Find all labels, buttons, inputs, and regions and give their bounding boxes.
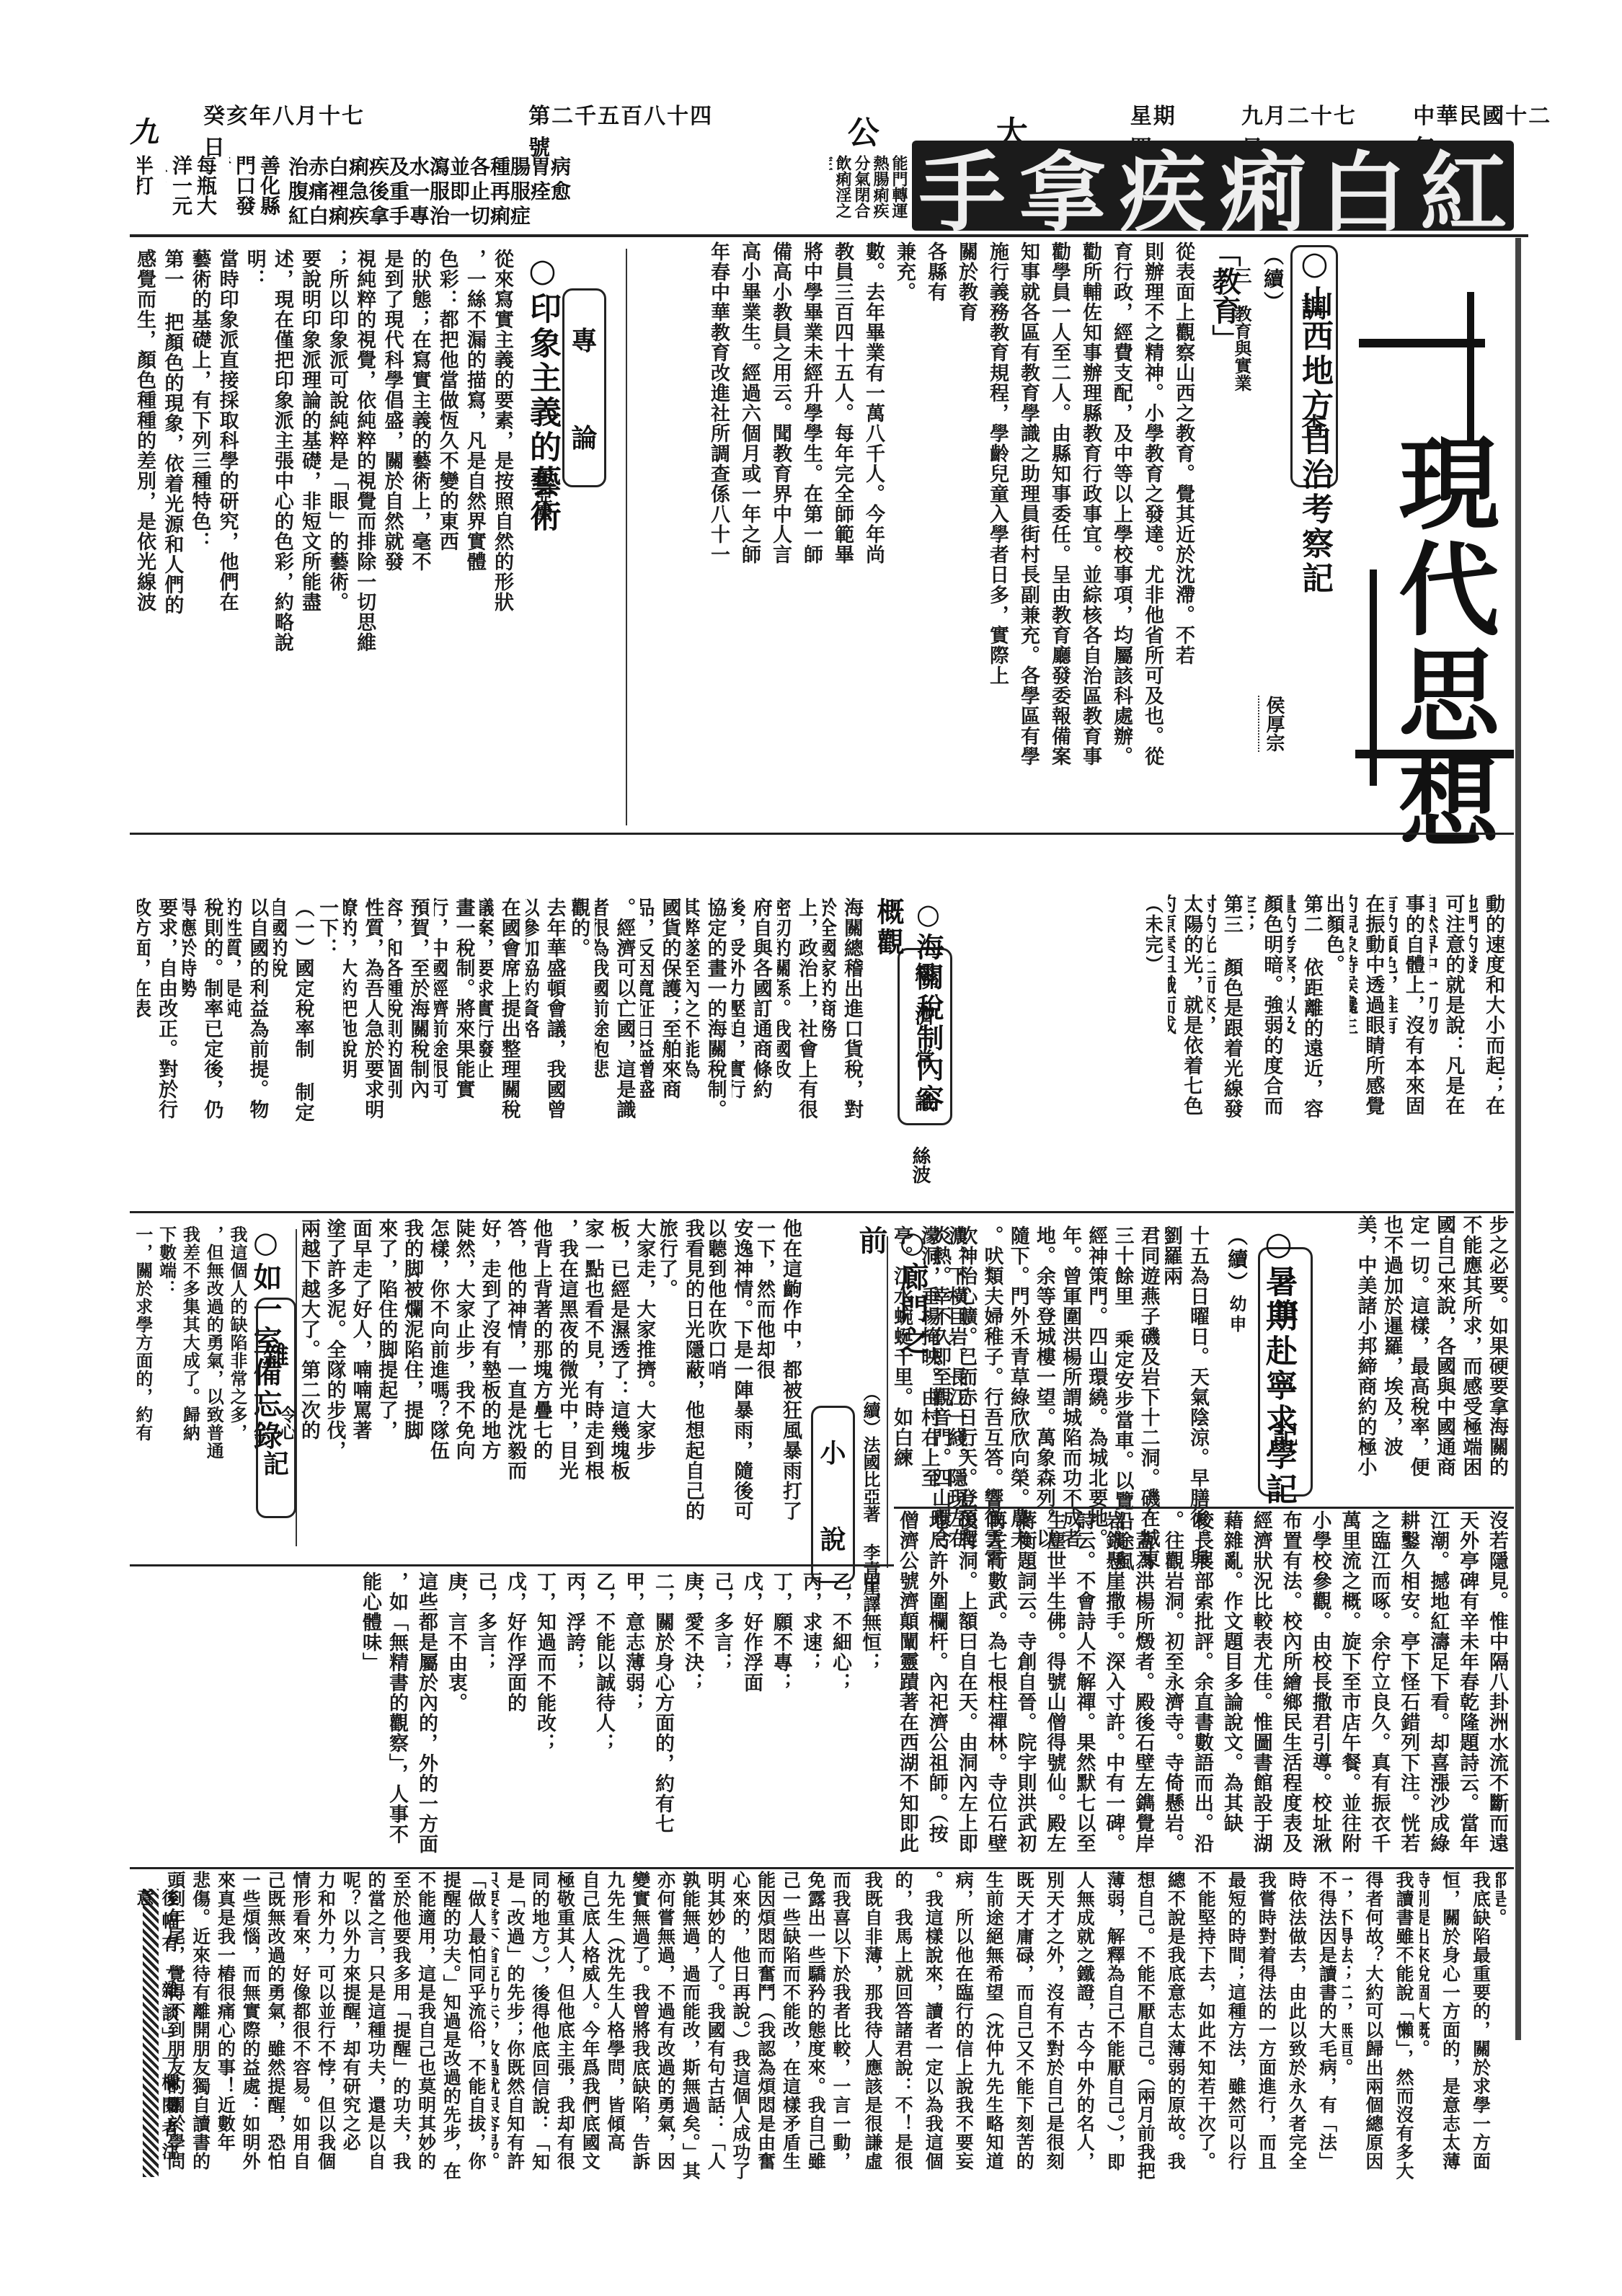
section-label: 論 <box>571 418 597 455</box>
section-label: 記 <box>263 1444 289 1481</box>
text-column: 孰能無過，過而能改，斯無過矣。」其實 <box>681 1871 704 2181</box>
text-column: 我差不多集其大成了。歸納 <box>181 1225 202 1528</box>
list-item: 庚，愛不決； <box>679 1572 706 1860</box>
title-char: 代 <box>1399 538 1499 644</box>
customs-continuation: 步之必要。如果硬要拿海關的稅率來應用，勢 不能應其所求，而感受極端困難。再設令就… <box>1355 1215 1510 1489</box>
bullet-circle-icon: ○ <box>524 252 561 292</box>
text-column: 之臨江而啄。余佇立良久。真有振衣千仞岡濯 <box>1365 1510 1392 1856</box>
text-column: 第二 依距離的遠近，容量的考察，以及 <box>1288 894 1325 1125</box>
article-body-novel: 他在這齣作中，都被狂風暴雨打了一下，然而他却很 安逸神情。下是一陣暴雨，隨後可以… <box>299 1218 804 1521</box>
text-column: 校長展部索批評。余直書數語而出。沿江西 <box>1189 1510 1215 1856</box>
title-char: 思 <box>1399 644 1499 750</box>
text-column: 都是。 <box>1496 1871 1510 2181</box>
lunar-date: 癸亥年八月十七日 <box>203 98 384 161</box>
ad-char: 手 <box>919 124 1006 248</box>
article-body-customs: 海關總稽出進口貨稅，對於全國家的商務 上，政治上，社會上有很密切的關係。我國政 … <box>137 897 865 1128</box>
text-column: 觀的。 <box>571 897 593 1128</box>
text-column: 。蓋為洪楊所燬者。殿後石壁左鐫覺岸二 <box>1130 1510 1156 1856</box>
text-column: 想自己。不能不厭自己。（兩月前我把意志 <box>1130 1871 1158 2181</box>
text-column: 病，所以他在臨行的信上說我不要妄自非薄 <box>949 1871 977 2181</box>
text-column: 要求，自由改正。對於行政方面，在表 <box>137 897 180 1128</box>
text-column: 知事就各區有教育學識之助理員街村長副兼充。各學區有學 <box>1015 241 1042 833</box>
text-column: （未完） <box>1146 894 1165 1125</box>
text-column: 變實無過了。我曾將我底缺陷，告訴過 <box>631 1871 654 2181</box>
text-column: 勸學員一人至二人。由縣知事委任。呈由教育廳發委報備案 <box>1046 241 1073 833</box>
text-column: 可注意的就是說：凡是在自然界中一切物 <box>1430 894 1467 1125</box>
text-column: 時依法做去，由此以致於永久者完全是無恒 <box>1282 1871 1310 2181</box>
section-box-novel: 小 說 <box>811 1406 855 1583</box>
text-column: ；所以印象派可說純粹是「眼」的藝術。 <box>326 249 350 825</box>
list-item: 這些都是屬於內的，外的一方面 <box>413 1572 440 1860</box>
text-column: 明其妙的人了。我國有句古話：「人非聖賢 <box>706 1871 729 2181</box>
text-column: 人無成就之鐵證，古今中外的名人，除少數 <box>1070 1871 1098 2181</box>
text-column: 國自己來說，各國與中國通商莫不訂有條約協 <box>1435 1215 1458 1489</box>
text-column: 大家走，大家推擠。大家步 <box>634 1218 657 1521</box>
text-column: 安逸神情。下是一陣暴雨，隨後可以聽到他在吹口哨 <box>709 1218 755 1521</box>
text-column: 一下： <box>319 897 341 1128</box>
text-column: 悲傷。近來待有離開朋友獨自讀書的念頭 <box>191 1871 214 2181</box>
continued-marker: （續） <box>860 1384 881 1436</box>
text-column: 性質，為吾人急於要求明瞭的，大約把他說明 <box>343 897 386 1128</box>
text-column: 沒若隱見。惟中隔八卦洲水流不斷而遠江縣 <box>1484 1510 1510 1856</box>
article-body-memo: 我這個人的缺陷非常之多， ，但無改過的勇氣，以致普通 我差不多集其大成了。歸納 … <box>133 1225 249 1528</box>
section-label: 小 <box>820 1433 846 1470</box>
text-column: 兼充。 <box>891 241 918 833</box>
text-column: 生前途絕無希望（沈仲九先生略知道我這種 <box>979 1871 1007 2181</box>
text-column: ，我在這黑夜的微光中，目光 <box>557 1218 580 1521</box>
lead-bracket-survey: 「教育」 <box>1204 238 1245 353</box>
article-body-summer-3: 沒若隱見。惟中隔八卦洲水流不斷而遠江縣 天外亭碑有辛未年春乾隆題詩云。當年開設 … <box>894 1510 1510 1856</box>
text-column: 得者何故？大約可以歸出兩個總原因來： <box>1359 1871 1387 2181</box>
title-cross-horizontal-bottom <box>1355 750 1514 758</box>
text-column: 在振動中透過眼睛所感覺的現象時候纔生 <box>1350 894 1387 1125</box>
text-column: 當時印象派直接採取科學的研究，他們在 <box>216 249 240 825</box>
text-column: 僧濟公號濟顛闡靈蹟著在西湖不知即此濟 <box>894 1510 921 1856</box>
issue-number: 第二千五百八十四號 <box>528 98 732 161</box>
section-label: 專 <box>571 321 597 358</box>
ad-copy-line: 治赤白痢疾及水瀉並各種腸胃病 <box>288 155 901 179</box>
text-column: 國貨的保護；至舶來商品，反因寬征日益增盛 <box>640 897 683 1128</box>
text-column: 不能堅持下去，如此不知若干次了。因此我 <box>1191 1871 1219 2181</box>
ad-copy-line: 腹痛裡急後重一服即止再服痊愈 <box>288 179 901 204</box>
text-column: 步之必要。如果硬要拿海關的稅率來應用，勢 <box>1487 1215 1511 1489</box>
text-column: 亦何嘗無過，不過有改過的勇氣，因而有過 <box>656 1871 679 2181</box>
ad-banner-headline: 紅 白 痢 疾 拿 手 <box>912 141 1514 231</box>
text-column: 我的脚被爛泥陷住，提脚 <box>402 1218 425 1521</box>
text-column: 兩越下越大了。第二次的 <box>299 1218 322 1521</box>
text-column: 後有洞。上額曰自在天。由洞內左上即至 <box>953 1510 980 1856</box>
column-divider <box>626 249 627 825</box>
divider <box>130 1867 1514 1869</box>
ad-char: 白 <box>1320 124 1406 248</box>
ad-copy: 治赤白痢疾及水瀉並各種腸胃病 腹痛裡急後重一服即止再服痊愈 紅白痢疾拿手專治一切… <box>288 155 901 231</box>
text-column: 怎樣，你不向前進嗎？隊伍 <box>428 1218 451 1521</box>
text-column: 預賀，至於海關稅制內容，和各種稅則的個別 <box>389 897 431 1128</box>
text-column: 勸所輔佐知事辦理縣教育行政事宜。並綜核各自治區教育事 <box>1077 241 1104 833</box>
text-column: 特別提出來說個大概。 <box>1419 1871 1434 2181</box>
text-column: 關於教育 <box>953 241 980 833</box>
divider <box>130 234 1528 237</box>
article-title: 山西地方自治考察記 <box>1296 285 1333 596</box>
title-cross-vertical-top <box>1467 292 1474 443</box>
footer-notice: 後幅有「雜談」一欄閱者注意 <box>131 1889 182 2177</box>
text-column: 能因煩悶而奮鬥（我認為煩悶是由奮鬥，這 <box>756 1871 779 2181</box>
divider <box>894 1507 1514 1509</box>
section-box-essay: 專 論 <box>562 288 606 487</box>
bullet-circle-icon: ○ <box>895 1225 929 1262</box>
text-column: 「做人最怕同乎流俗，不能自拔，你該 <box>466 1871 489 2181</box>
text-column: 塗了許多泥。全隊的步伐， <box>325 1218 348 1521</box>
text-column: 不得法因是讀書的大毛病，有「法」而不能 <box>1312 1871 1340 2181</box>
text-column: 同的地方。），後得他底回信說：「知過 <box>531 1871 554 2181</box>
text-column: 第一 把顏色的現象，依着光源和人們的 <box>161 249 185 825</box>
text-column: 事的自體上，沒有本來固有的顏色，唯有 <box>1389 894 1427 1125</box>
list-item: 二，關於身心方面的，約有七 <box>650 1572 676 1860</box>
text-column: 情形看來，好像都很不容易。如用自力呢 <box>291 1871 314 2181</box>
text-column: 是「改過」的先步；你既然自知有許多缺陷 <box>505 1871 528 2181</box>
list-item: 丁，願不專； <box>768 1572 794 1860</box>
text-column: 提醒的功夫。」知過是改過的先步，在我 <box>442 1871 465 2181</box>
ad-copy-line: 紅白痢疾拿手專治一切痢症 <box>288 204 901 229</box>
text-column: 是到了現代科學倡盛，關於自然就發 <box>381 249 405 825</box>
ad-price-line: 善化縣門口發行 <box>229 155 281 227</box>
author-summer: 幼申 <box>1226 1295 1247 1335</box>
text-column: 藉雜亂。作文題目多論說文。為其缺點。適 <box>1218 1510 1245 1856</box>
text-column: 施行義務教育規程，學齡兒童入學者日多，實際上 <box>984 241 1011 833</box>
article-title-novel: ○廊門之前 <box>851 1225 933 1370</box>
text-column: 詩云。不會詩人不解禪。果然默七以至天 <box>1071 1510 1097 1856</box>
text-column: 則辦理不之精神。小學教育之發達。尤非他省所可及也。從 <box>1139 241 1166 833</box>
continued-marker: （續） <box>1261 245 1285 314</box>
text-column: 。經濟可以亡國，這是識者很為我國前途抱悲 <box>595 897 637 1128</box>
text-column: 天外亭碑有辛未年春乾隆題詩云。當年開設 <box>1454 1510 1481 1856</box>
title-cross-horizontal-top <box>1359 339 1485 347</box>
page-right-border <box>1515 238 1521 2040</box>
article-body-impressionism-cont: 動的速度和大小而起；在他們的發 可注意的就是說：凡是在自然界中一切物 事的自體上… <box>1146 894 1507 1125</box>
text-column: 從來寫實主義的要素，是按照自然的形狀 <box>491 249 515 825</box>
memo-body-bottom-right: 都是。 我底缺陷最重要的，關於求學一方面的是無 恒，關於身心一方面的，是意志太薄… <box>858 1871 1510 2181</box>
text-column: 明： <box>244 249 268 825</box>
text-column: 以自國的利益為前提。物的性質，是純 <box>228 897 270 1128</box>
text-column: 地尺許外圍欄杆。內祀濟公祖師。（按宋 <box>923 1510 950 1856</box>
text-column: 的狀態；在寫實主義的藝術上，毫不 <box>408 249 433 825</box>
newspaper-name-left: 公 <box>848 107 881 153</box>
text-column: 恒，關於身心一方面的，是意志太薄弱。應該 <box>1435 1871 1463 2181</box>
bullet-circle-icon: ○ <box>1260 1225 1297 1265</box>
text-column: 的，我馬上就回答諸君說：不！是很糊塗的 <box>888 1871 916 2181</box>
text-column: 我讀書雖不能說「懶」，然而沒有多大的心 <box>1389 1871 1417 2181</box>
text-column: 別天才之外，沒有不對於自己是很刻苦的； <box>1040 1871 1068 2181</box>
text-column: 去年華盛頓會議，我國曾以參加協約資格 <box>526 897 568 1128</box>
list-item: 丙，浮誇； <box>561 1572 588 1860</box>
text-column: 。往觀岩洞。初至永濟寺。寺倚懸岩。己就 <box>1159 1510 1186 1856</box>
text-column: 下數端： <box>157 1225 178 1528</box>
page-number: 九 <box>130 110 160 151</box>
text-column: 極敬重其人，但他底主張，我却有很多不明 <box>556 1871 579 2181</box>
text-column: 生塵世半生佛。得號山僧得號仙。殿左壁 <box>1042 1510 1068 1856</box>
ad-char: 紅 <box>1420 124 1507 248</box>
text-column: 既天才庸碌，而自己又不能下刻苦的功夫， <box>1009 1871 1037 2181</box>
text-column: 我這個人的缺陷非常之多， <box>228 1225 249 1528</box>
article-title-customs: ○海關稅制內容概觀 <box>869 897 948 1135</box>
text-column: 藝術的基礎上，有下列三種特色： <box>188 249 213 825</box>
text-column: ，但無改過的勇氣，以致普通 <box>204 1225 225 1528</box>
ad-char: 拿 <box>1019 124 1106 248</box>
text-column: 呢？以外力來提醒，却有研究之必要。本 <box>341 1871 364 2181</box>
text-column: 我底缺陷最重要的，關於求學一方面的是無 <box>1466 1871 1494 2181</box>
text-column: 。我這樣說來，讀者一定以為我這個人很頹 <box>918 1871 947 2181</box>
text-column: 他背上背著的那塊方疊七的 <box>531 1218 554 1521</box>
text-column: 自己底人格威人。今年爲我們底國文教員， <box>580 1871 603 2181</box>
text-column: 要說明印象派理論的基礎，非短文所能盡 <box>298 249 323 825</box>
text-column: 小學校參觀。由校長撒君引導。校址湫隘無 <box>1307 1510 1334 1856</box>
text-column: 顏色明暗。強弱的度合而定； <box>1248 894 1285 1125</box>
text-column: 總不說是我底意志太薄弱的原故。我嘗自己 <box>1161 1871 1189 2181</box>
text-column: 感覺而生，顏色種種的差別，是依光線波 <box>133 249 158 825</box>
text-column: 畫一稅制。將來果能實行，中國經濟前途很可 <box>434 897 477 1128</box>
ad-copy-side: 能門轉運熱腸痢疾分氣閉合飲痢淫之症 <box>829 155 908 231</box>
text-column: 己既無改過的勇氣，雖然提醒，恐怕流於 <box>266 1871 289 2181</box>
text-column: 美，中美諸小邦締商約的極小範圍。豈不得不 <box>1355 1215 1379 1489</box>
list-item: 丙，求速； <box>797 1572 824 1860</box>
text-column: 己一些缺陷而不能改，在這樣矛盾生活中不 <box>781 1871 805 2181</box>
list-item: 戊，好作浮面的 <box>502 1572 528 1860</box>
list-item: 己，多言； <box>709 1572 735 1860</box>
ad-price-line: 每瓶大洋一元二角 <box>166 155 218 227</box>
text-column: 第三 顏色是跟着光線發射的光上而來， <box>1207 894 1245 1125</box>
text-column: 陡然，大家止步，我不免向 <box>454 1218 477 1521</box>
text-column: 定一切。這樣，最高稅率，便無所應用，最多 <box>1408 1215 1432 1489</box>
text-column: 不能適用，這是我自己也莫明其妙的一件 <box>417 1871 440 2181</box>
section-label: 說 <box>820 1520 846 1556</box>
text-column: 力和外力，可以並行不悖，但以我個人的 <box>316 1871 340 2181</box>
list-item: ，如「無精書的觀察」，人事不能心體味」 <box>357 1572 410 1860</box>
text-column: 府自與各國訂通商條約後，受外力壓迫，實行 <box>732 897 774 1128</box>
text-column: 板，已經是濕透了：這幾塊板 <box>609 1218 632 1521</box>
list-item: 己，多言； <box>472 1572 499 1860</box>
text-column: 心來的，他日再說。）我這個人成功了一個 <box>731 1871 754 2181</box>
text-column: 來了，陷住的脚提起了， <box>376 1218 399 1521</box>
section-box-misc: 雜 記 <box>256 1298 296 1518</box>
text-column: ，一絲不漏的描寫，凡是自然界實體 <box>464 249 488 825</box>
text-column: 再左行數武。為七根柱禪林。寺位石壁下 <box>983 1510 1009 1856</box>
text-column: 布置有法。校內所繪鄉民生活程度表及家庭 <box>1277 1510 1304 1856</box>
author-customs: 絲波 <box>907 1146 934 1184</box>
section-label: 雜 <box>263 1336 289 1373</box>
text-column: 岩鐫懸崖撒手。深入寸許。中有一碑。乾 <box>1100 1510 1127 1856</box>
text-column: 太陽的光，就是依着七色的原素組織而成 <box>1168 894 1205 1125</box>
article-title: 暑期赴寧求學記 <box>1260 1265 1297 1507</box>
text-column: 至於他要我多用「提醒」的功夫，我却認 <box>391 1871 415 2181</box>
text-column: 在國會席上提出整理關稅議案，要求實行廢止 <box>479 897 522 1128</box>
text-column: 經濟狀況比較表尤佳。惟圖書館設于湖濱之地。且 <box>1248 1510 1275 1856</box>
author-impressionism: 汪亞塵 <box>530 469 555 520</box>
text-column: 他在這齣作中，都被狂風暴雨打了一下，然而他却很 <box>758 1218 804 1521</box>
text-column: 耕鑿久相安。亭下怪石錯列下注。恍若燕 <box>1395 1510 1422 1856</box>
bullet-circle-icon: ○ <box>249 1225 283 1262</box>
text-column: 育行政，經費支配，及中等以上學校事項，均屬該科處辦。 <box>1108 241 1135 833</box>
text-column: （一）國定稅率制 制定自國的稅 <box>273 897 316 1128</box>
list-item: 甲，意志薄弱； <box>620 1572 647 1860</box>
text-column: 而我喜以下於我者比較，一言一動，有時不 <box>831 1871 854 2181</box>
text-column: 年春中華教育改進社所調查係八十一 <box>705 241 732 833</box>
list-item: 乙，不能以誠待人； <box>590 1572 617 1860</box>
text-column: 答，他的神情，一直是沈毅而 <box>505 1218 528 1521</box>
list-item: 庚，言不由衷。 <box>443 1572 469 1860</box>
text-column: 我嘗時對着得法的一方面進行，而且也能實 <box>1251 1871 1280 2181</box>
ad-char: 疾 <box>1120 124 1206 248</box>
text-column: 來真是我一樁很痛心的事！近數年來，我 <box>216 1871 239 2181</box>
list-item: 甲，無恒； <box>856 1572 883 1860</box>
text-column: 海關總稽出進口貨稅，對於全國家的商務 <box>823 897 865 1128</box>
text-column: 一些煩惱，而無實際的益處：如明外力呢 <box>241 1871 264 2181</box>
article-body-impressionism: 從來寫實主義的要素，是按照自然的形狀 ，一絲不漏的描寫，凡是自然界實體 色彩：都… <box>133 249 515 825</box>
list-item: 乙，不細心； <box>827 1572 854 1860</box>
text-column: 數。去年畢業有一萬八千人。今年尚 <box>860 241 887 833</box>
text-column: 免露出一些驕矜的態度來。我自己雖然知道 <box>806 1871 829 2181</box>
text-column: 色彩：都把他當做恆久不變的東西 <box>436 249 461 825</box>
text-column: 述，現在僅把印象派主張中心的色彩，約略說 <box>271 249 296 825</box>
list-item: 戊，好作浮面 <box>738 1572 765 1860</box>
ad-price-line: 半打 <box>137 155 154 227</box>
ad-char: 痢 <box>1220 124 1306 248</box>
text-column: 也不過加於暹羅，埃及，波斯，土耳其以及南 <box>1382 1215 1406 1489</box>
text-column: 面早走了好人，喃喃罵著 <box>351 1218 374 1521</box>
divider <box>130 833 1514 835</box>
title-char: 現 <box>1399 433 1499 538</box>
text-column: 我看見的日光隱蔽，他想起自己的旅行了。 <box>660 1218 706 1521</box>
author-survey: 侯厚宗 <box>1258 696 1288 752</box>
text-column: 教員三百四十五人。每年完全師範畢 <box>829 241 856 833</box>
text-column: 不能應其所求，而感受極端困難。再設令就我 <box>1461 1215 1484 1489</box>
text-column: 各縣有 <box>922 241 949 833</box>
bullet-circle-icon: ○ <box>1296 245 1333 285</box>
text-column: 高小畢業生。經過六個月或一年之師 <box>736 241 763 833</box>
divider <box>130 1564 894 1566</box>
article-body-survey: 從表面上觀察山西之教育。覺其近於沈滯。不若 則辦理不之精神。小學教育之發達。尤非… <box>598 241 1197 833</box>
text-column: 薄弱，解釋為自己不能厭自己。），即是 <box>1100 1871 1128 2181</box>
bullet-circle-icon: ○ <box>912 897 944 933</box>
title-char: 想 <box>1399 750 1499 856</box>
memo-body-bottom-left: 而我喜以下於我者比較，一言一動，有時不 免露出一些驕矜的態度來。我自己雖然知道 … <box>166 1871 854 2181</box>
text-column: 動的速度和大小而起；在他們的發 <box>1469 894 1507 1125</box>
text-column: 的當之言，只是這種功夫，還是以自力來 <box>366 1871 389 2181</box>
text-column: 備高小教員之用云。聞教育界中人言 <box>767 241 794 833</box>
text-column: 江潮。撼地紅濤足下看。却喜漲沙成綠野。 <box>1424 1510 1451 1856</box>
list-item: 丁，知過而不能改； <box>531 1572 558 1860</box>
text-column: 稅則的。制率已定後，仍得應於時勢 <box>182 897 225 1128</box>
text-column: 九先生（沈先生人格學問，皆傾高尚，極 <box>606 1871 629 2181</box>
text-column: 上，政治上，社會上有很密切的關係。我國政 <box>777 897 820 1128</box>
text-column: 好，走到了沒有墊板的地方 <box>480 1218 503 1521</box>
text-column: 將中學畢業未經升學學生。在第一師 <box>798 241 825 833</box>
text-column: 萬里流之概。旋下至市店午餐。並往附近國 <box>1337 1510 1363 1856</box>
text-column: 一，不得法；二，無恒。 <box>1342 1871 1357 2181</box>
continued-marker: （續） <box>1225 1225 1249 1295</box>
text-column: 最短的時間；這種方法，雖然可以行得，我 <box>1221 1871 1249 2181</box>
text-column: 家一點也看不見，有時走到根 <box>583 1218 606 1521</box>
article-title-survey: ○山西地方自治考察記（續） <box>1254 245 1337 606</box>
text-column: 一，關於求學方面的，約有 <box>133 1225 154 1528</box>
memo-list: 甲，無恒； 乙，不細心； 丙，求速； 丁，願不專； 戊，好作浮面 己，多言； 庚… <box>133 1572 883 1860</box>
text-column: 出顏色。 <box>1328 894 1347 1125</box>
ad-price-block: 善化縣門口發行 每瓶大洋一元二角 半打 <box>137 155 281 227</box>
supplement-title: 現 代 思 想 <box>1384 433 1514 836</box>
text-column: 蔣衡題詞云。寺創自晉。院宇則洪武初補 <box>1012 1510 1039 1856</box>
text-column: 協定的畫一的海關稅制。其弊遂至內之不能為 <box>686 897 729 1128</box>
divider <box>130 1211 1514 1213</box>
text-column: 視純粹的視覺，依純粹的視覺而排除一切思維 <box>353 249 378 825</box>
text-column: 只要常下省克功夫，改過就很容易。 <box>492 1871 503 2181</box>
text-column: 我既自非薄，那我待人應該是很謙虛的了， <box>858 1871 886 2181</box>
text-column: 從表面上觀察山西之教育。覺其近於沈滯。不若 <box>1170 241 1197 833</box>
